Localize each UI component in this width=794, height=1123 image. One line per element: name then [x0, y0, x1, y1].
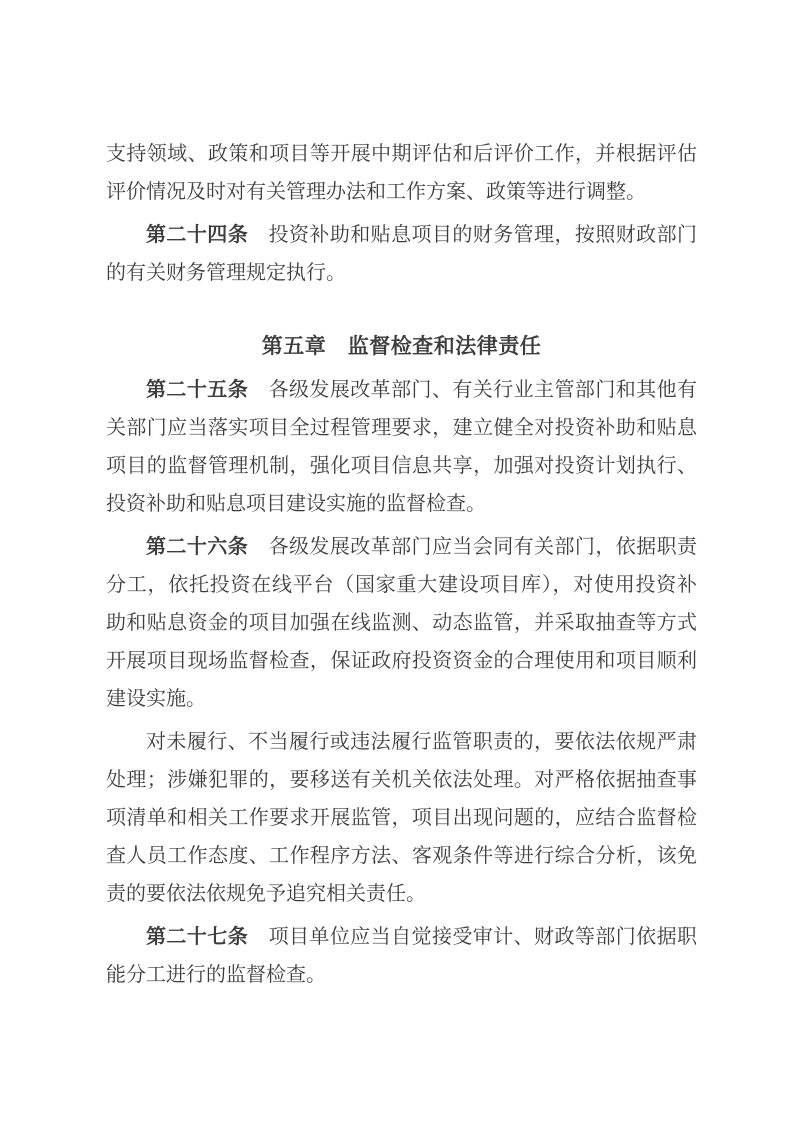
paragraph: 第二十四条 投资补助和贴息项目的财务管理，按照财政部门的有关财务管理规定执行。	[106, 216, 697, 292]
chapter-title: 监督检查和法律责任	[348, 335, 542, 358]
document-body: 支持领域、政策和项目等开展中期评估和后评价工作，并根据评估评价情况及时对有关管理…	[106, 135, 697, 994]
chapter-number: 第五章	[262, 335, 348, 358]
paragraph: 支持领域、政策和项目等开展中期评估和后评价工作，并根据评估评价情况及时对有关管理…	[106, 135, 697, 211]
paragraph: 第二十五条 各级发展改革部门、有关行业主管部门和其他有关部门应当落实项目全过程管…	[106, 371, 697, 523]
article-number: 第二十四条	[146, 224, 248, 246]
chapter-heading: 第五章 监督检查和法律责任	[106, 328, 697, 366]
text-run: 对未履行、不当履行或违法履行监管职责的，要依法依规严肃	[146, 731, 697, 753]
paragraph: 对未履行、不当履行或违法履行监管职责的，要依法依规严肃处理；涉嫌犯罪的，要移送有…	[106, 723, 697, 913]
text-line: 第二十七条 项目单位应当自觉接受审计、财政等部门依据职	[106, 918, 697, 956]
text-run: 建设实施。	[106, 688, 206, 710]
text-line: 第二十四条 投资补助和贴息项目的财务管理，按照财政部门	[106, 216, 697, 254]
text-line: 开展项目现场监督检查，保证政府投资资金的合理使用和项目顺利	[106, 642, 697, 680]
text-line: 第二十五条 各级发展改革部门、有关行业主管部门和其他有	[106, 371, 697, 409]
text-run: 查人员工作态度、工作程序方法、客观条件等进行综合分析，该免	[106, 845, 697, 867]
text-run: 项目单位应当自觉接受审计、财政等部门依据职	[269, 926, 697, 948]
paragraph: 第二十七条 项目单位应当自觉接受审计、财政等部门依据职能分工进行的监督检查。	[106, 918, 697, 994]
text-run: 责的要依法依规免予追究相关责任。	[106, 883, 426, 905]
text-run: 能分工进行的监督检查。	[106, 964, 326, 986]
article-number: 第二十七条	[146, 926, 248, 948]
text-run: 助和贴息资金的项目加强在线监测、动态监管，并采取抽查等方式	[106, 612, 697, 634]
text-line: 评价情况及时对有关管理办法和工作方案、政策等进行调整。	[106, 173, 697, 211]
text-run: 支持领域、政策和项目等开展中期评估和后评价工作，并根据评估	[106, 143, 697, 165]
text-run: 项目的监督管理机制，强化项目信息共享，加强对投资计划执行、	[106, 455, 697, 477]
text-run: 开展项目现场监督检查，保证政府投资资金的合理使用和项目顺利	[106, 650, 697, 672]
text-line: 分工，依托投资在线平台（国家重大建设项目库），对使用投资补	[106, 566, 697, 604]
text-run: 评价情况及时对有关管理办法和工作方案、政策等进行调整。	[106, 181, 646, 203]
text-line: 投资补助和贴息项目建设实施的监督检查。	[106, 485, 697, 523]
text-line: 查人员工作态度、工作程序方法、客观条件等进行综合分析，该免	[106, 837, 697, 875]
text-line: 能分工进行的监督检查。	[106, 956, 697, 994]
text-run: 各级发展改革部门应当会同有关部门，依据职责	[269, 536, 697, 558]
text-line: 助和贴息资金的项目加强在线监测、动态监管，并采取抽查等方式	[106, 604, 697, 642]
text-run: 各级发展改革部门、有关行业主管部门和其他有	[269, 379, 697, 401]
article-number: 第二十五条	[146, 379, 248, 401]
article-number: 第二十六条	[146, 536, 248, 558]
text-line: 建设实施。	[106, 680, 697, 718]
text-run: 项清单和相关工作要求开展监管，项目出现问题的，应结合监督检	[106, 807, 697, 829]
text-line: 项清单和相关工作要求开展监管，项目出现问题的，应结合监督检	[106, 799, 697, 837]
text-run: 处理；涉嫌犯罪的，要移送有关机关依法处理。对严格依据抽查事	[106, 769, 697, 791]
text-line: 支持领域、政策和项目等开展中期评估和后评价工作，并根据评估	[106, 135, 697, 173]
text-run: 关部门应当落实项目全过程管理要求，建立健全对投资补助和贴息	[106, 417, 697, 439]
text-run: 投资补助和贴息项目建设实施的监督检查。	[106, 493, 486, 515]
text-line: 关部门应当落实项目全过程管理要求，建立健全对投资补助和贴息	[106, 409, 697, 447]
text-run: 的有关财务管理规定执行。	[106, 262, 346, 284]
text-line: 第二十六条 各级发展改革部门应当会同有关部门，依据职责	[106, 528, 697, 566]
document-page: 支持领域、政策和项目等开展中期评估和后评价工作，并根据评估评价情况及时对有关管理…	[0, 0, 794, 1123]
text-line: 责的要依法依规免予追究相关责任。	[106, 875, 697, 913]
text-run: 投资补助和贴息项目的财务管理，按照财政部门	[269, 224, 697, 246]
text-line: 项目的监督管理机制，强化项目信息共享，加强对投资计划执行、	[106, 447, 697, 485]
text-line: 的有关财务管理规定执行。	[106, 254, 697, 292]
text-line: 处理；涉嫌犯罪的，要移送有关机关依法处理。对严格依据抽查事	[106, 761, 697, 799]
text-run: 分工，依托投资在线平台（国家重大建设项目库），对使用投资补	[106, 574, 697, 596]
text-line: 对未履行、不当履行或违法履行监管职责的，要依法依规严肃	[106, 723, 697, 761]
paragraph: 第二十六条 各级发展改革部门应当会同有关部门，依据职责分工，依托投资在线平台（国…	[106, 528, 697, 718]
